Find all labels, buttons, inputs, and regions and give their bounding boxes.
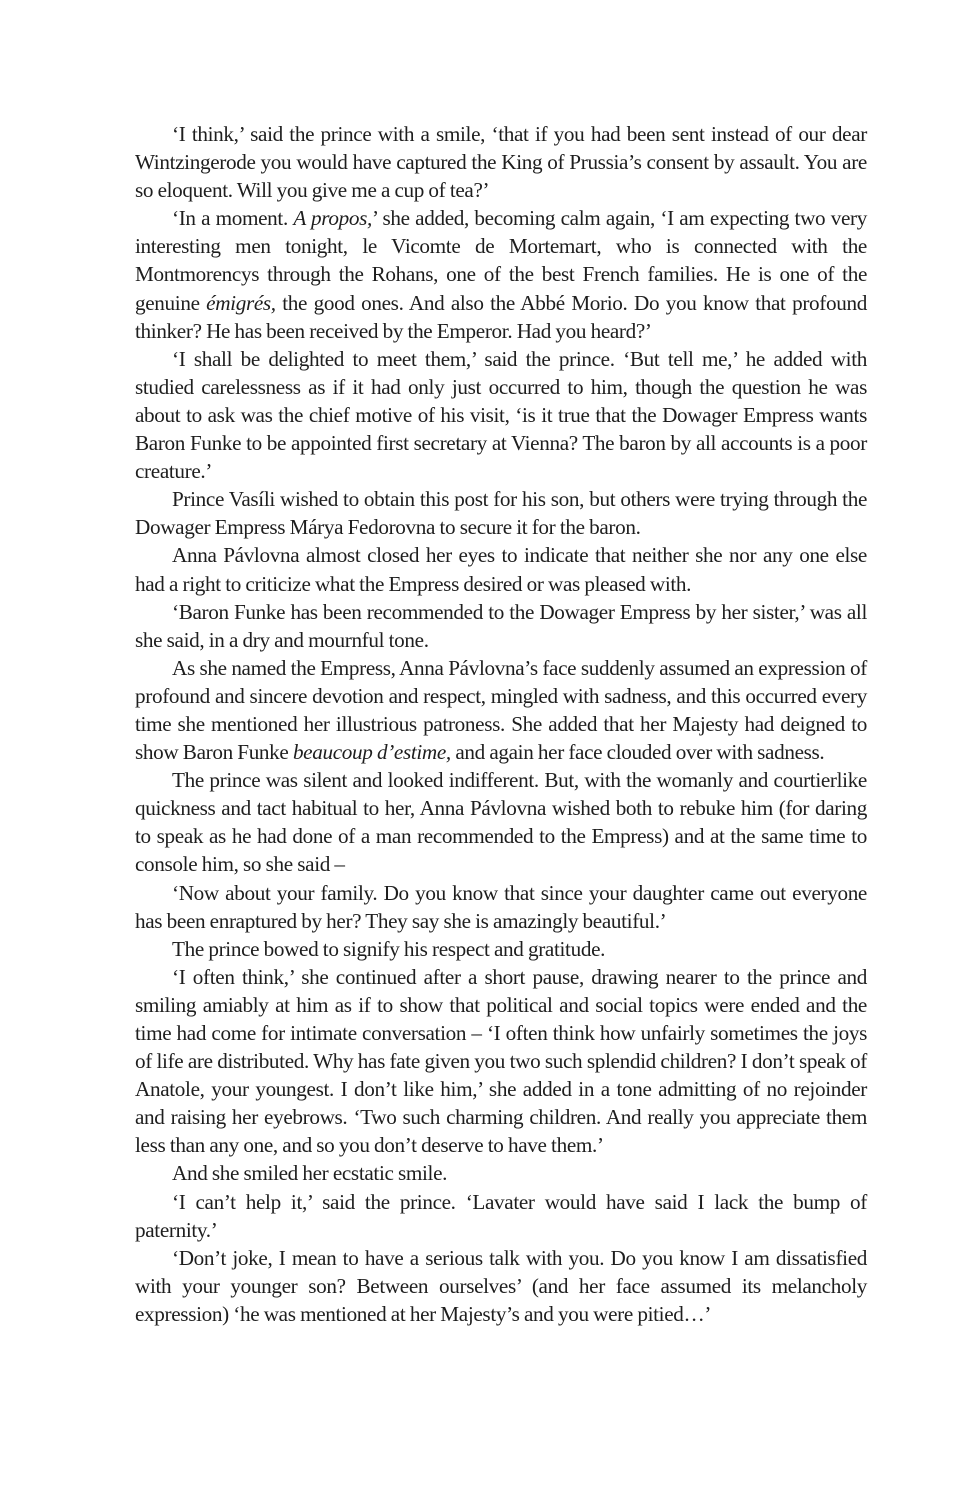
paragraph-text: ‘I shall be delighted to meet them,’ sai… bbox=[135, 347, 867, 483]
paragraph: ‘I often think,’ she continued after a s… bbox=[135, 963, 867, 1160]
paragraph-text: Prince Vasíli wished to obtain this post… bbox=[135, 487, 867, 539]
paragraph-text: The prince bowed to signify his respect … bbox=[172, 937, 605, 961]
paragraph: ‘Now about your family. Do you know that… bbox=[135, 879, 867, 935]
paragraph-text: ‘I can’t help it,’ said the prince. ‘Lav… bbox=[135, 1190, 867, 1242]
paragraph: ‘Don’t joke, I mean to have a serious ta… bbox=[135, 1244, 867, 1328]
paragraph: Prince Vasíli wished to obtain this post… bbox=[135, 485, 867, 541]
paragraph: The prince was silent and looked indiffe… bbox=[135, 766, 867, 878]
paragraph-text: ‘Now about your family. Do you know that… bbox=[135, 881, 867, 933]
paragraph: As she named the Empress, Anna Pávlovna’… bbox=[135, 654, 867, 766]
paragraph-text: And she smiled her ecstatic smile. bbox=[172, 1161, 447, 1185]
italic-phrase: émigrés, bbox=[206, 291, 276, 315]
paragraph-text: Anna Pávlovna almost closed her eyes to … bbox=[135, 543, 867, 595]
paragraph-text: ‘Don’t joke, I mean to have a serious ta… bbox=[135, 1246, 867, 1326]
italic-phrase: A propos, bbox=[293, 206, 372, 230]
paragraph: ‘I shall be delighted to meet them,’ sai… bbox=[135, 345, 867, 485]
paragraph: ‘In a moment. A propos,’ she added, beco… bbox=[135, 204, 867, 344]
paragraph-text: ‘In a moment. bbox=[172, 206, 293, 230]
paragraph: The prince bowed to signify his respect … bbox=[135, 935, 867, 963]
paragraph: Anna Pávlovna almost closed her eyes to … bbox=[135, 541, 867, 597]
paragraph-text: ‘I often think,’ she continued after a s… bbox=[135, 965, 867, 1158]
paragraph: And she smiled her ecstatic smile. bbox=[135, 1159, 867, 1187]
paragraph: ‘I think,’ said the prince with a smile,… bbox=[135, 120, 867, 204]
book-page-text: ‘I think,’ said the prince with a smile,… bbox=[135, 120, 867, 1328]
paragraph-text: ‘I think,’ said the prince with a smile,… bbox=[135, 122, 867, 202]
paragraph: ‘I can’t help it,’ said the prince. ‘Lav… bbox=[135, 1188, 867, 1244]
paragraph-text: and again her face clouded over with sad… bbox=[451, 740, 824, 764]
italic-phrase: beaucoup d’estime, bbox=[293, 740, 451, 764]
paragraph: ‘Baron Funke has been recommended to the… bbox=[135, 598, 867, 654]
paragraph-text: ‘Baron Funke has been recommended to the… bbox=[135, 600, 867, 652]
paragraph-text: The prince was silent and looked indiffe… bbox=[135, 768, 867, 876]
